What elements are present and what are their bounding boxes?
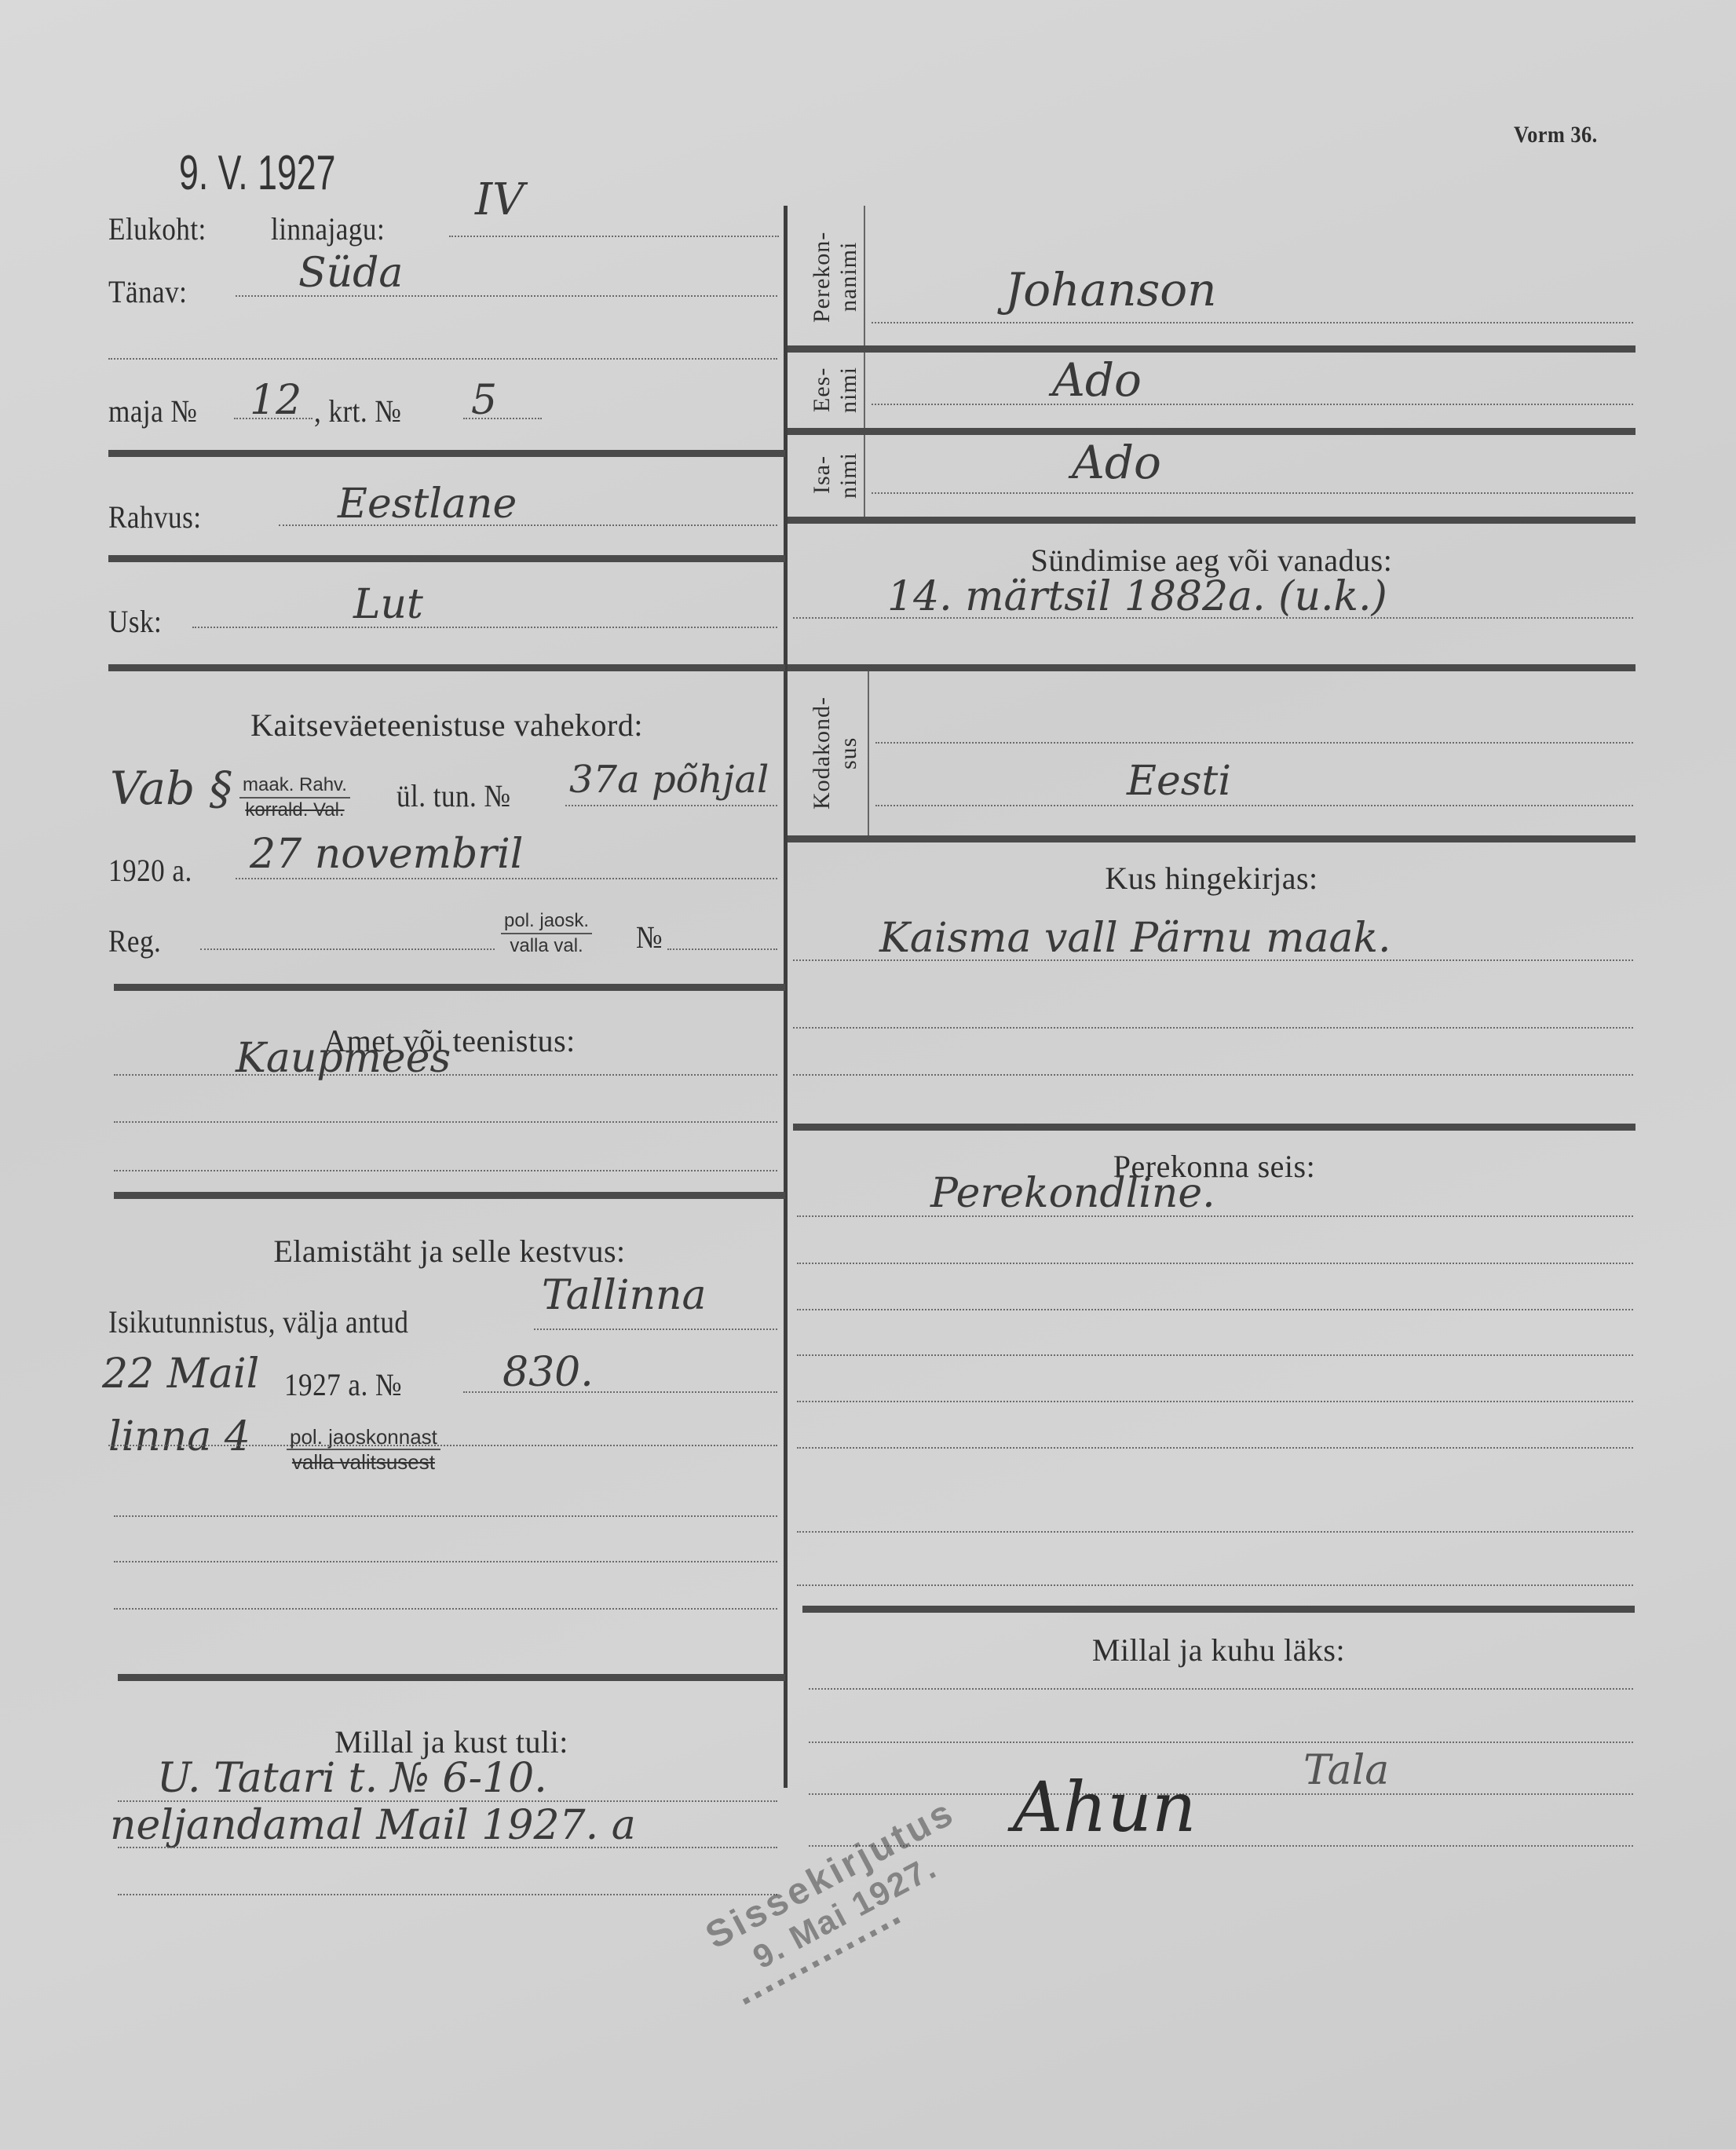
kodakondsus-line-1 (875, 742, 1633, 744)
tuli-rule-2 (118, 1847, 777, 1848)
kaitse-date-line (236, 878, 777, 879)
kaitse-prefix: Vab § (110, 762, 232, 815)
eesnimi-value: Ado (1052, 353, 1142, 407)
perekonna-line-2 (797, 1263, 1633, 1264)
isikut-date: 22 Mail (102, 1350, 259, 1398)
kaitse-date: 27 novembril (250, 831, 523, 878)
tanav-label: Tänav: (108, 273, 187, 310)
isikut-place-line (534, 1329, 777, 1330)
hinge-value: Kaisma vall Pärnu maak. (879, 915, 1391, 962)
maja-label: maja № (108, 393, 197, 429)
amet-line-2 (114, 1121, 777, 1123)
rule-left-3 (108, 664, 785, 671)
kaitse-frac-top: maak. Rahv. (239, 773, 350, 799)
kodakondsus-value: Eesti (1127, 758, 1231, 805)
rule-right-5 (788, 835, 1635, 842)
date-stamp: 9. V. 1927 (179, 145, 335, 201)
krt-value: 5 (471, 377, 497, 424)
registration-stamp: Sissekirjutus 9. Mai 1927. ▪▪▪▪▪▪▪▪▪▪▪▪▪… (699, 1790, 992, 2015)
perekonna-line-4 (797, 1354, 1633, 1356)
center-divider (784, 206, 788, 1788)
linnajagu-label: linnajagu: (271, 210, 385, 247)
sund-value: 14. märtsil 1882a. (u.k.) (887, 573, 1387, 620)
rule-right-6 (793, 1124, 1635, 1131)
laks-value: Tala (1303, 1747, 1389, 1794)
linnajagu-value: IV (475, 174, 524, 225)
eesnimi-line (872, 404, 1633, 405)
kodakondsus-line-2 (875, 805, 1633, 806)
rule-left-2 (108, 555, 785, 562)
usk-label: Usk: (108, 603, 162, 640)
reg-fraction: pol. jaosk. valla val. (501, 909, 592, 958)
rule-left-5 (114, 1192, 785, 1199)
isikut-no: 830. (503, 1349, 594, 1396)
kodakondsus-label: Kodakond- sus (809, 675, 862, 831)
tanav-value: Süda (298, 250, 403, 297)
krt-label: , krt. № (314, 393, 401, 429)
tuli-rule-3 (118, 1894, 777, 1895)
perekonna-line-7 (797, 1531, 1633, 1533)
form-number: Vorm 36. (1514, 122, 1598, 148)
maja-value: 12 (250, 377, 302, 424)
kaitse-year-label: 1920 a. (108, 852, 192, 889)
kaitse-fraction: maak. Rahv. korrald. Val. (239, 773, 350, 822)
laks-line-1 (809, 1688, 1633, 1690)
rule-right-1 (788, 345, 1635, 353)
isanimi-value: Ado (1072, 436, 1161, 489)
amet-value: Kaupmees (236, 1035, 451, 1082)
kaitse-line (565, 805, 777, 806)
rahvus-value: Eestlane (338, 481, 517, 528)
rule-left-1 (108, 450, 785, 457)
rahvus-label: Rahvus: (108, 499, 201, 535)
isikut-frac-top: pol. jaoskonnast (287, 1425, 440, 1450)
usk-value: Lut (353, 581, 423, 628)
rule-left-6 (118, 1674, 785, 1681)
label-column-divider-2 (868, 664, 869, 835)
isikut-place: Tallinna (542, 1272, 707, 1319)
tuli-line-2-value: neljandamal Mail 1927. a (110, 1802, 636, 1849)
label-column-divider-1 (864, 206, 865, 517)
reg-no-line (667, 948, 777, 950)
amet-line-3 (114, 1170, 777, 1171)
isanimi-label: Isa- nimi (809, 437, 862, 513)
isikut-linna: linna 4 (108, 1413, 250, 1460)
perekonna-line-8 (797, 1584, 1633, 1586)
registration-form: 9. V. 1927 Vorm 36. Elukoht: linnajagu: … (0, 0, 1736, 2149)
official-signature: Ahun (1013, 1767, 1197, 1847)
elamis-heading: Elamistäht ja selle kestvus: (114, 1233, 785, 1270)
address-line-2 (108, 358, 777, 360)
eesnimi-label: Ees- nimi (809, 355, 862, 424)
reg-label: Reg. (108, 923, 161, 959)
perekonna-line-3 (797, 1309, 1633, 1310)
elamis-line-7 (114, 1608, 777, 1610)
rule-left-4 (114, 984, 785, 991)
reg-line (200, 948, 495, 950)
usk-line (192, 627, 777, 628)
laks-heading: Millal ja kuhu läks: (802, 1632, 1635, 1668)
rule-right-2 (788, 428, 1635, 435)
reg-no: № (636, 919, 663, 956)
isanimi-line (872, 492, 1633, 494)
isikut-year: 1927 a. № (284, 1366, 402, 1403)
hinge-heading: Kus hingekirjas: (788, 860, 1635, 897)
laks-line-2 (809, 1741, 1633, 1743)
reg-frac-bottom: valla val. (501, 934, 592, 958)
rule-right-7 (802, 1606, 1635, 1613)
isikut-label: Isikutunnistus, välja antud (108, 1303, 408, 1340)
elamis-line-6 (114, 1561, 777, 1562)
kaitse-heading: Kaitseväeteenistuse vahekord: (108, 707, 785, 744)
rule-right-3 (788, 517, 1635, 524)
isikut-fraction: pol. jaoskonnast valla valitsusest (287, 1425, 440, 1474)
perekonnanimi-line (872, 322, 1633, 323)
elamis-line-5 (114, 1515, 777, 1517)
perekonnanimi-label: Perekon- nanimi (809, 212, 862, 342)
perekonna-line-5 (797, 1401, 1633, 1402)
rule-right-4 (788, 664, 1635, 671)
kaitse-frac-bottom: korrald. Val. (239, 799, 350, 822)
linnajagu-line (449, 236, 779, 237)
reg-frac-top: pol. jaosk. (501, 909, 592, 934)
isikut-frac-bottom: valla valitsusest (287, 1450, 440, 1474)
kaitse-value: 37a põhjal (569, 758, 769, 802)
perekonnanimi-value: Johanson (1005, 263, 1217, 316)
elukoht-label: Elukoht: (108, 210, 206, 247)
perekonna-value: Perekondline. (930, 1170, 1215, 1217)
hinge-line-2 (793, 1027, 1633, 1029)
kaitse-ul-tun: ül. tun. № (397, 777, 511, 814)
perekonna-line-6 (797, 1447, 1633, 1449)
hinge-line-3 (793, 1074, 1633, 1076)
isikut-line-4 (108, 1445, 777, 1446)
tuli-line-1-value: U. Tatari t. № 6-10. (157, 1755, 547, 1802)
